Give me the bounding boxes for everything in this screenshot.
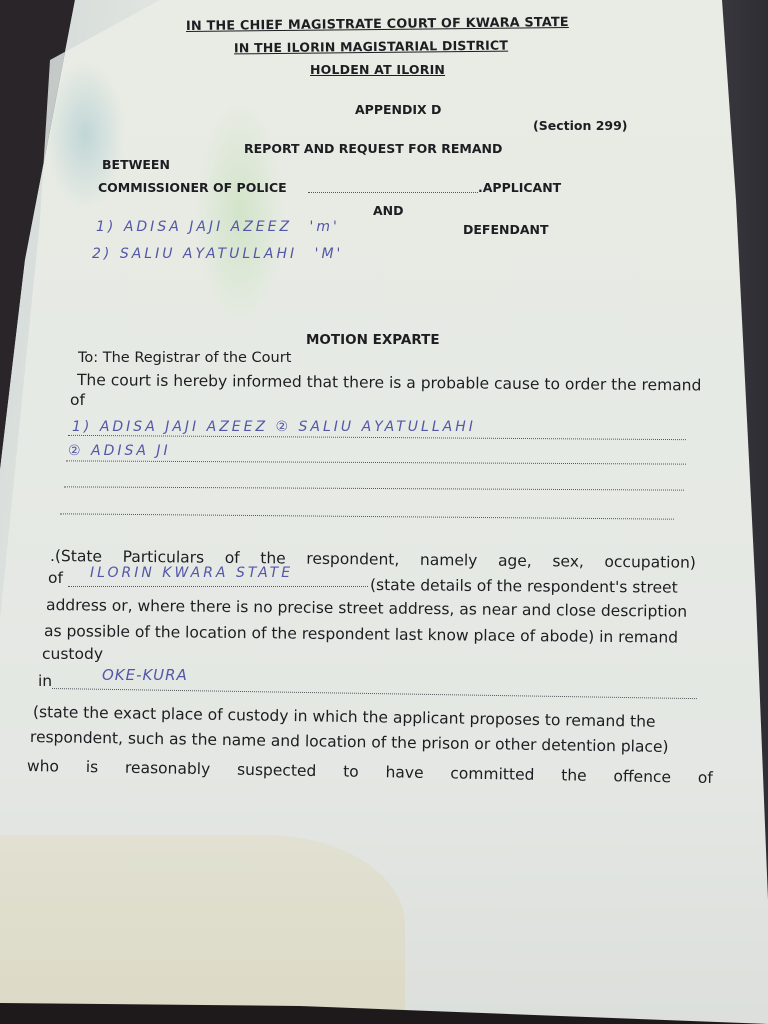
applicant-dotted-line [308,192,478,193]
defendant-1-number: 1) [96,219,116,235]
word: respondent, [306,550,399,569]
motion-title: MOTION EXPARTE [306,332,440,348]
word: age, [498,552,532,570]
address-dotted-line [68,586,368,587]
holden-line: HOLDEN AT ILORIN [310,62,445,77]
remand-names-line-1: 1) ADISA JAJI AZEEZ ② SALIU AYATULLAHI [72,419,476,435]
defendant-1-name: ADISA JAJI AZEEZ [124,219,292,235]
word: sex, [552,552,584,570]
address-prefix: of [48,569,63,587]
word: namely [420,551,478,570]
word: is [86,758,99,776]
intro-of: of [70,391,85,409]
address-handwritten: ILORIN KWARA STATE [90,565,293,581]
defendant-2-handwritten: 2) SALIU AYATULLAHI 'M' [92,246,343,262]
word: committed [450,764,534,783]
word: the [561,766,587,784]
appendix-label: APPENDIX D [355,102,441,117]
green-stain [195,100,285,330]
word: occupation) [604,553,696,572]
and-label: AND [373,203,404,218]
word: to [343,763,359,781]
defendant-2-name: SALIU AYATULLAHI [120,246,297,262]
defendant-1-handwritten: 1) ADISA JAJI AZEEZ 'm' [96,219,340,235]
defendant-1-sex: 'm' [310,219,340,235]
between-label: BETWEEN [102,157,170,172]
remand-names-line-2: ② ADISA JI [68,443,171,459]
custody-handwritten: OKE-KURA [102,666,188,684]
custody-prefix: in [38,672,52,690]
word: have [385,763,423,782]
word: suspected [237,761,317,780]
word: who [27,757,59,776]
district-line: IN THE ILORIN MAGISTARIAL DISTRICT [234,38,508,56]
section-reference: (Section 299) [533,118,628,133]
applicant-label: .APPLICANT [478,180,561,195]
form-title: REPORT AND REQUEST FOR REMAND [244,141,502,156]
address-line-4: custody [42,645,103,663]
word: offence [613,767,671,786]
word: of [698,769,713,787]
applicant-party: COMMISSIONER OF POLICE [98,180,287,195]
defendant-2-sex: 'M' [315,246,344,262]
defendant-2-number: 2) [92,246,112,262]
word: Particulars [123,548,205,567]
defendant-label: DEFENDANT [463,222,549,237]
address-instruction: (state details of the respondent's stree… [370,576,678,597]
water-stain [0,835,405,1024]
word: reasonably [125,759,211,778]
word: .(State [50,547,102,566]
addressee: To: The Registrar of the Court [78,350,291,366]
